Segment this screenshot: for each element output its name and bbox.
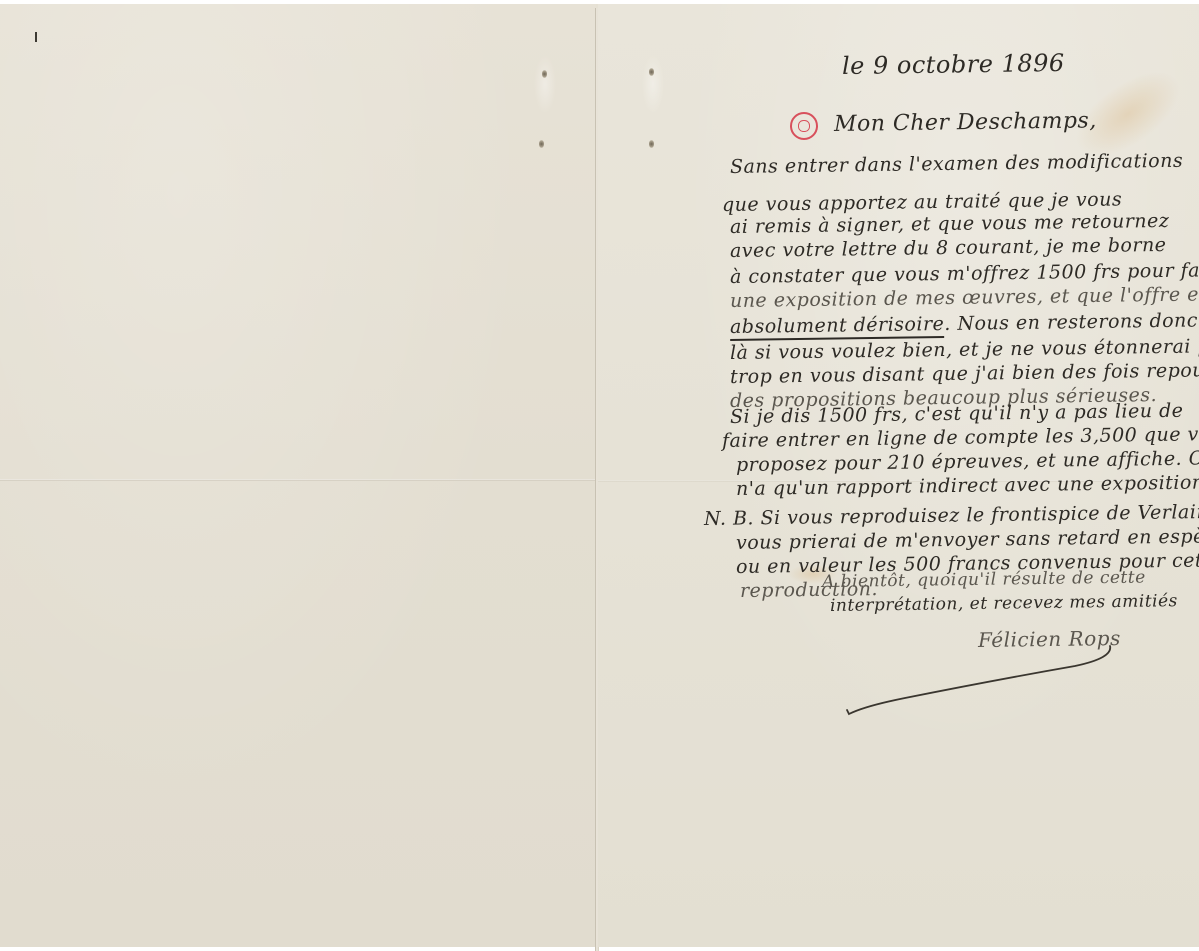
body-line-continuation: . Nous en resterons donc	[944, 309, 1198, 335]
left-page	[0, 4, 596, 947]
pin-crease	[642, 54, 664, 114]
pinhole	[542, 70, 547, 78]
pin-crease	[534, 54, 556, 114]
stamp-mark	[798, 120, 810, 132]
underlined-phrase: absolument dérisoire	[730, 313, 945, 341]
pinhole	[539, 140, 544, 148]
margin-mark	[35, 32, 37, 42]
library-stamp-icon	[790, 112, 818, 140]
horizontal-fold-crease	[0, 479, 596, 481]
signature-flourish-icon	[845, 640, 1115, 720]
letter-date: le 9 octobre 1896	[842, 49, 1065, 80]
pinhole	[649, 68, 654, 76]
pinhole	[649, 140, 654, 148]
letter-salutation: Mon Cher Deschamps,	[834, 108, 1097, 137]
